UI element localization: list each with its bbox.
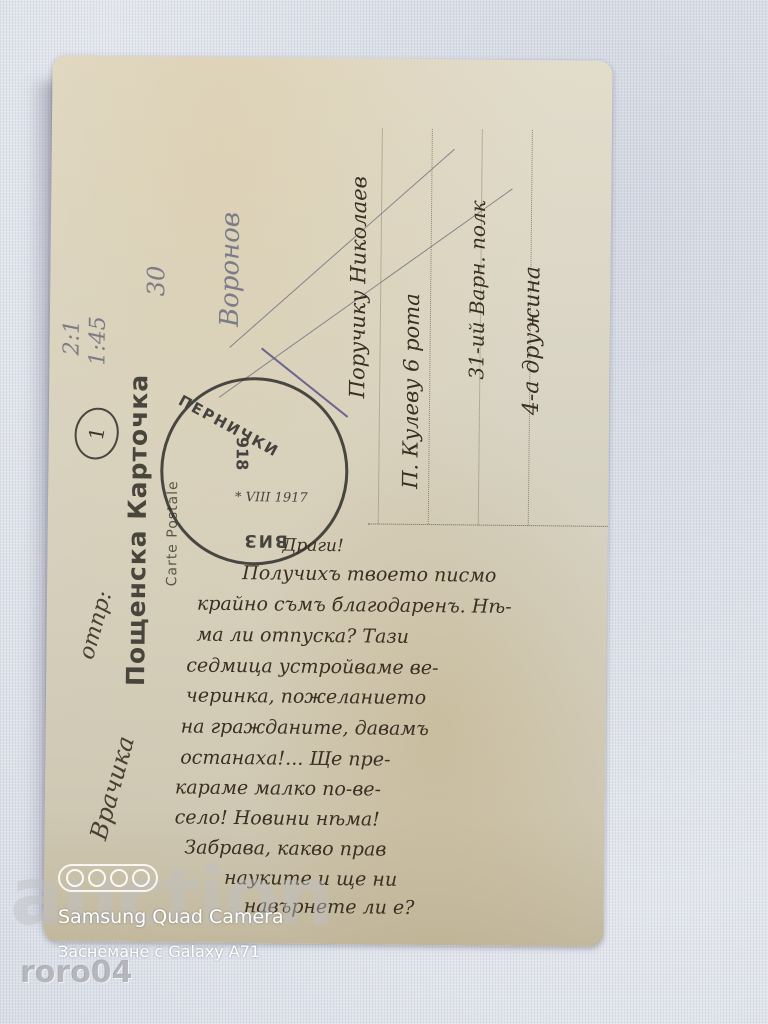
postmark-ring-text: ПЕРНИЧКИ (176, 391, 283, 460)
lens-icon (132, 869, 150, 887)
camera-subtitle: Заснемане с Galaxy A71 (58, 942, 260, 961)
address-line-2: П. Кулеву 6 рота (398, 293, 424, 489)
lens-icon (88, 869, 106, 887)
message-line: Драги! (282, 536, 343, 557)
message-line: ма ли отпуска? Тази (196, 624, 409, 648)
camera-title: Samsung Quad Camera (58, 906, 284, 928)
pencil-note: 1:45 (85, 316, 111, 366)
divider-line (368, 523, 608, 527)
message-line: крайно съмъ благодаренъ. Нѣ- (197, 593, 512, 618)
auction-watermark: auction (10, 850, 332, 943)
circled-number-text: 1 (84, 425, 110, 442)
printed-title: Пощенска Карточка (121, 374, 153, 686)
message-line: останаха!... Ще пре- (180, 746, 390, 770)
message-line: Получихъ твоето писмо (242, 562, 496, 587)
quad-camera-icon (58, 864, 158, 892)
message-line: село! Новини нѣма! (175, 806, 380, 830)
lens-icon (110, 869, 128, 887)
message-line: караме малко по-ве- (175, 776, 381, 800)
postmark-bottom-text: ВИЗ (242, 530, 287, 550)
pencil-signature: Воронов (215, 212, 246, 327)
address-line (378, 129, 383, 524)
address-line-3: 31-ий Варн. полк (464, 200, 490, 379)
postmark-number: 918 (233, 437, 252, 471)
sender-note: отпр: (74, 588, 117, 662)
pencil-note: 30 (142, 265, 170, 296)
message-line: на гражданите, давамъ (181, 715, 429, 740)
message-line: седмица устройваме ве- (186, 655, 438, 680)
lens-icon (66, 869, 84, 887)
address-line (428, 129, 433, 524)
pencil-note: 2:1 (60, 320, 85, 356)
postcard: 2:1 1:45 30 1 Пощенска Карточка Carte Po… (43, 55, 612, 947)
message-line: черинка, пожеланието (186, 685, 426, 710)
address-line-4: 4-а дружина (519, 266, 546, 415)
sender-note: Врачика (84, 733, 140, 843)
postmark-date: * VIII 1917 (235, 490, 308, 506)
circled-number: 1 (70, 404, 123, 463)
address-line-1: Поручику Николаев (345, 176, 371, 398)
